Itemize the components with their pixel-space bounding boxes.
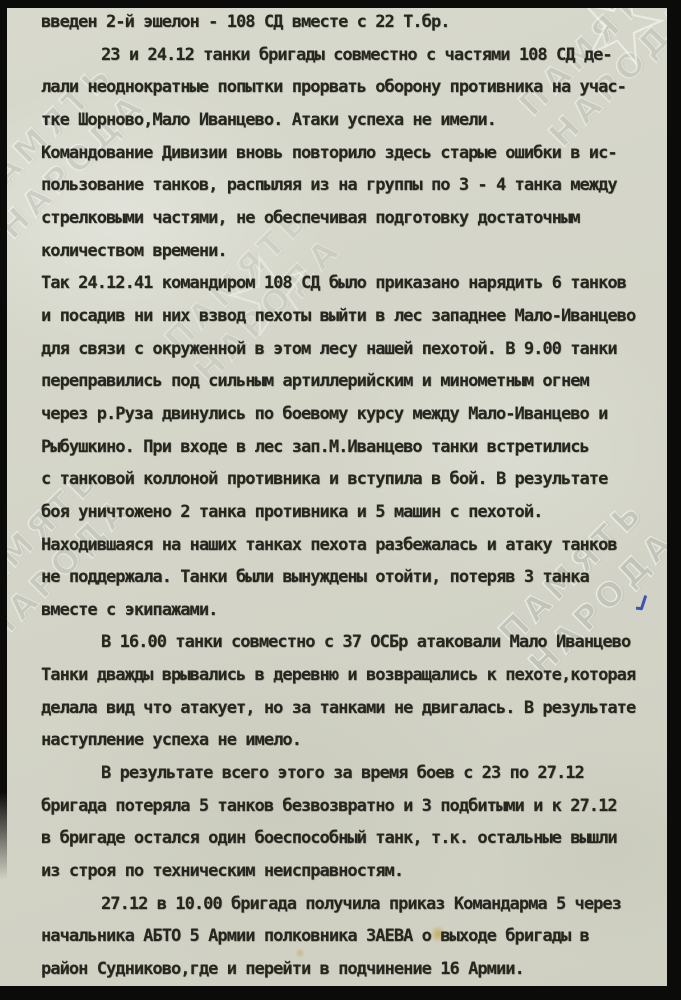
text-line: лали неоднократные попытки прорвать обор…	[41, 71, 635, 104]
text-line: для связи с окруженной в этом лесу нашей…	[41, 333, 635, 366]
text-line: тке Шорново,Мало Иванцево. Атаки успеха …	[41, 104, 635, 137]
text-line: и посадив ни них взвод пехоты выйти в ле…	[41, 300, 635, 333]
scan-border-top	[0, 0, 681, 8]
text-line: вместе с экипажами.	[41, 594, 635, 627]
text-line: через р.Руза двинулись по боевому курсу …	[41, 398, 635, 431]
text-line: начальника АБТО 5 Армии полковника ЗАЕВА…	[41, 920, 635, 953]
text-line: пользование танков, распыляя из на групп…	[41, 169, 635, 202]
text-line: бригада потеряла 5 танков безвозвратно и…	[41, 790, 635, 823]
text-line: делала вид что атакует, но за танками не…	[41, 692, 635, 725]
pen-mark	[640, 595, 647, 610]
text-line: Командование Дивизии вновь повторило зде…	[41, 137, 635, 170]
text-line: в бригаде остался один боеспособный танк…	[41, 822, 635, 855]
scan-border-bottom	[0, 986, 681, 1000]
text-line: Рыбушкино. При входе в лес зап.М.Иванцев…	[41, 431, 635, 464]
text-line: боя уничтожено 2 танка противника и 5 ма…	[41, 496, 635, 529]
text-line: не поддержала. Танки были вынуждены отой…	[41, 561, 635, 594]
text-line: стрелковыми частями, не обеспечивая подг…	[41, 202, 635, 235]
text-line: район Судниково,где и перейти в подчинен…	[41, 953, 635, 986]
text-line: переправились под сильным артиллерийским…	[41, 365, 635, 398]
text-line: Так 24.12.41 командиром 108 СД было прик…	[41, 267, 635, 300]
text-line: введен 2-й эшелон - 108 СД вместе с 22 Т…	[41, 6, 635, 39]
text-line: наступление успеха не имело.	[41, 724, 635, 757]
text-line: В результате всего этого за время боев с…	[41, 757, 635, 790]
document-page: ПАМЯТЬ НАРОДА ПАМЯТЬ НАРОДА ПАМЯТЬ НАРОД…	[0, 0, 681, 1000]
text-line: 27.12 в 10.00 бригада получила приказ Ко…	[41, 888, 635, 921]
text-line: 23 и 24.12 танки бригады совместно с час…	[41, 39, 635, 72]
text-line: с танковой коллоной противника и вступил…	[41, 463, 635, 496]
text-line: количеством времени.	[41, 235, 635, 268]
text-line: Танки дважды врывались в деревню и возвр…	[41, 659, 635, 692]
scan-border-right	[667, 0, 681, 1000]
scan-border-left	[0, 0, 7, 880]
text-line: В 16.00 танки совместно с 37 ОСБр атаков…	[41, 626, 635, 659]
document-text: введен 2-й эшелон - 108 СД вместе с 22 Т…	[41, 6, 635, 986]
text-line: из строя по техническим неисправностям.	[41, 855, 635, 888]
text-line: Находившаяся на наших танках пехота разб…	[41, 529, 635, 562]
